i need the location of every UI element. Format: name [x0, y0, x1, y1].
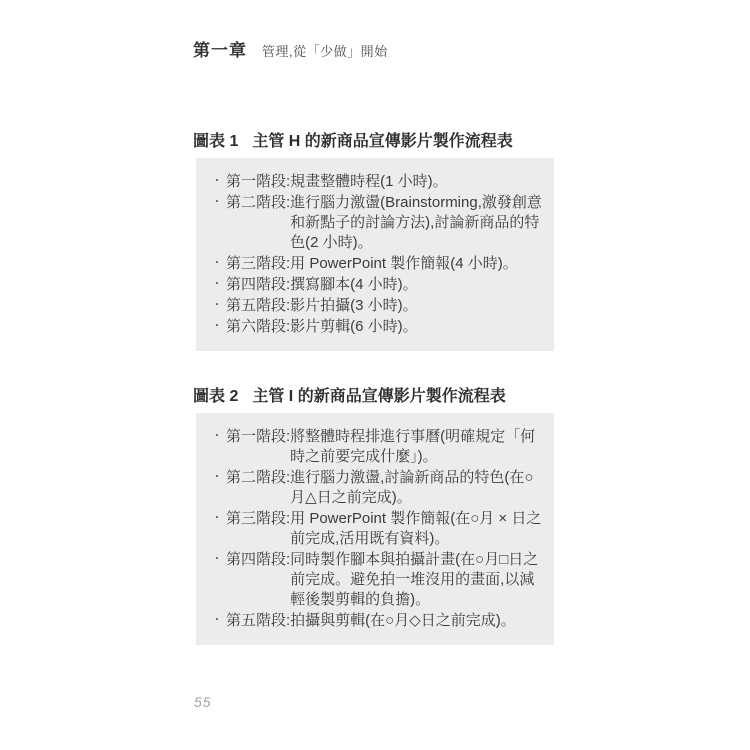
- bullet-icon: ・: [209, 172, 226, 192]
- stage-label: 第四階段:: [226, 275, 290, 295]
- stage-content: 同時製作腳本與拍攝計畫(在○月□日之前完成。避免拍一堆沒用的畫面,以減輕後製剪輯…: [290, 550, 544, 610]
- stage-label: 第三階段:: [226, 509, 290, 529]
- stage-content: 用 PowerPoint 製作簡報(在○月 × 日之前完成,活用既有資料)。: [290, 509, 544, 549]
- figure1-caption: 圖表 1 主管 H 的新商品宣傳影片製作流程表: [193, 128, 513, 151]
- list-item: ・ 第六階段: 影片剪輯(6 小時)。: [209, 317, 544, 337]
- stage-content: 規畫整體時程(1 小時)。: [290, 172, 544, 192]
- stage-label: 第五階段:: [226, 296, 290, 316]
- list-item: ・ 第一階段: 將整體時程排進行事曆(明確規定「何時之前要完成什麼」)。: [209, 427, 544, 467]
- stage-label: 第四階段:: [226, 550, 290, 570]
- bullet-icon: ・: [209, 275, 226, 295]
- bullet-icon: ・: [209, 254, 226, 274]
- bullet-icon: ・: [209, 468, 226, 488]
- stage-label: 第五階段:: [226, 611, 290, 631]
- figure2-caption: 圖表 2 主管 I 的新商品宣傳影片製作流程表: [193, 383, 506, 406]
- figure1-box: ・ 第一階段: 規畫整體時程(1 小時)。 ・ 第二階段: 進行腦力激盪(Bra…: [196, 158, 554, 351]
- bullet-icon: ・: [209, 317, 226, 337]
- list-item: ・ 第四階段: 同時製作腳本與拍攝計畫(在○月□日之前完成。避免拍一堆沒用的畫面…: [209, 550, 544, 610]
- bullet-icon: ・: [209, 296, 226, 316]
- running-header: 第一章 管理,從「少做」開始: [193, 36, 388, 61]
- stage-label: 第一階段:: [226, 427, 290, 447]
- stage-label: 第二階段:: [226, 193, 290, 213]
- bullet-icon: ・: [209, 193, 226, 213]
- chapter-number: 第一章: [193, 36, 247, 61]
- stage-content: 拍攝與剪輯(在○月◇日之前完成)。: [290, 611, 544, 631]
- figure2-box: ・ 第一階段: 將整體時程排進行事曆(明確規定「何時之前要完成什麼」)。 ・ 第…: [196, 413, 554, 645]
- figure2-title: 主管 I 的新商品宣傳影片製作流程表: [252, 383, 505, 406]
- stage-label: 第一階段:: [226, 172, 290, 192]
- list-item: ・ 第一階段: 規畫整體時程(1 小時)。: [209, 172, 544, 192]
- chapter-title: 管理,從「少做」開始: [262, 41, 388, 60]
- list-item: ・ 第二階段: 進行腦力激盪,討論新商品的特色(在○月△日之前完成)。: [209, 468, 544, 508]
- list-item: ・ 第三階段: 用 PowerPoint 製作簡報(4 小時)。: [209, 254, 544, 274]
- figure1-title: 主管 H 的新商品宣傳影片製作流程表: [252, 128, 512, 151]
- figure2-label: 圖表 2: [193, 383, 238, 406]
- stage-content: 撰寫腳本(4 小時)。: [290, 275, 544, 295]
- stage-label: 第六階段:: [226, 317, 290, 337]
- bullet-icon: ・: [209, 611, 226, 631]
- stage-content: 影片拍攝(3 小時)。: [290, 296, 544, 316]
- list-item: ・ 第三階段: 用 PowerPoint 製作簡報(在○月 × 日之前完成,活用…: [209, 509, 544, 549]
- list-item: ・ 第五階段: 影片拍攝(3 小時)。: [209, 296, 544, 316]
- stage-content: 進行腦力激盪,討論新商品的特色(在○月△日之前完成)。: [290, 468, 544, 508]
- bullet-icon: ・: [209, 509, 226, 529]
- stage-label: 第二階段:: [226, 468, 290, 488]
- stage-content: 用 PowerPoint 製作簡報(4 小時)。: [290, 254, 544, 274]
- list-item: ・ 第五階段: 拍攝與剪輯(在○月◇日之前完成)。: [209, 611, 544, 631]
- stage-content: 影片剪輯(6 小時)。: [290, 317, 544, 337]
- bullet-icon: ・: [209, 427, 226, 447]
- bullet-icon: ・: [209, 550, 226, 570]
- list-item: ・ 第二階段: 進行腦力激盪(Brainstorming,激發創意和新點子的討論…: [209, 193, 544, 253]
- page-number: 55: [194, 694, 212, 710]
- stage-content: 進行腦力激盪(Brainstorming,激發創意和新點子的討論方法),討論新商…: [290, 193, 544, 253]
- stage-label: 第三階段:: [226, 254, 290, 274]
- figure1-label: 圖表 1: [193, 128, 238, 151]
- list-item: ・ 第四階段: 撰寫腳本(4 小時)。: [209, 275, 544, 295]
- stage-content: 將整體時程排進行事曆(明確規定「何時之前要完成什麼」)。: [290, 427, 544, 467]
